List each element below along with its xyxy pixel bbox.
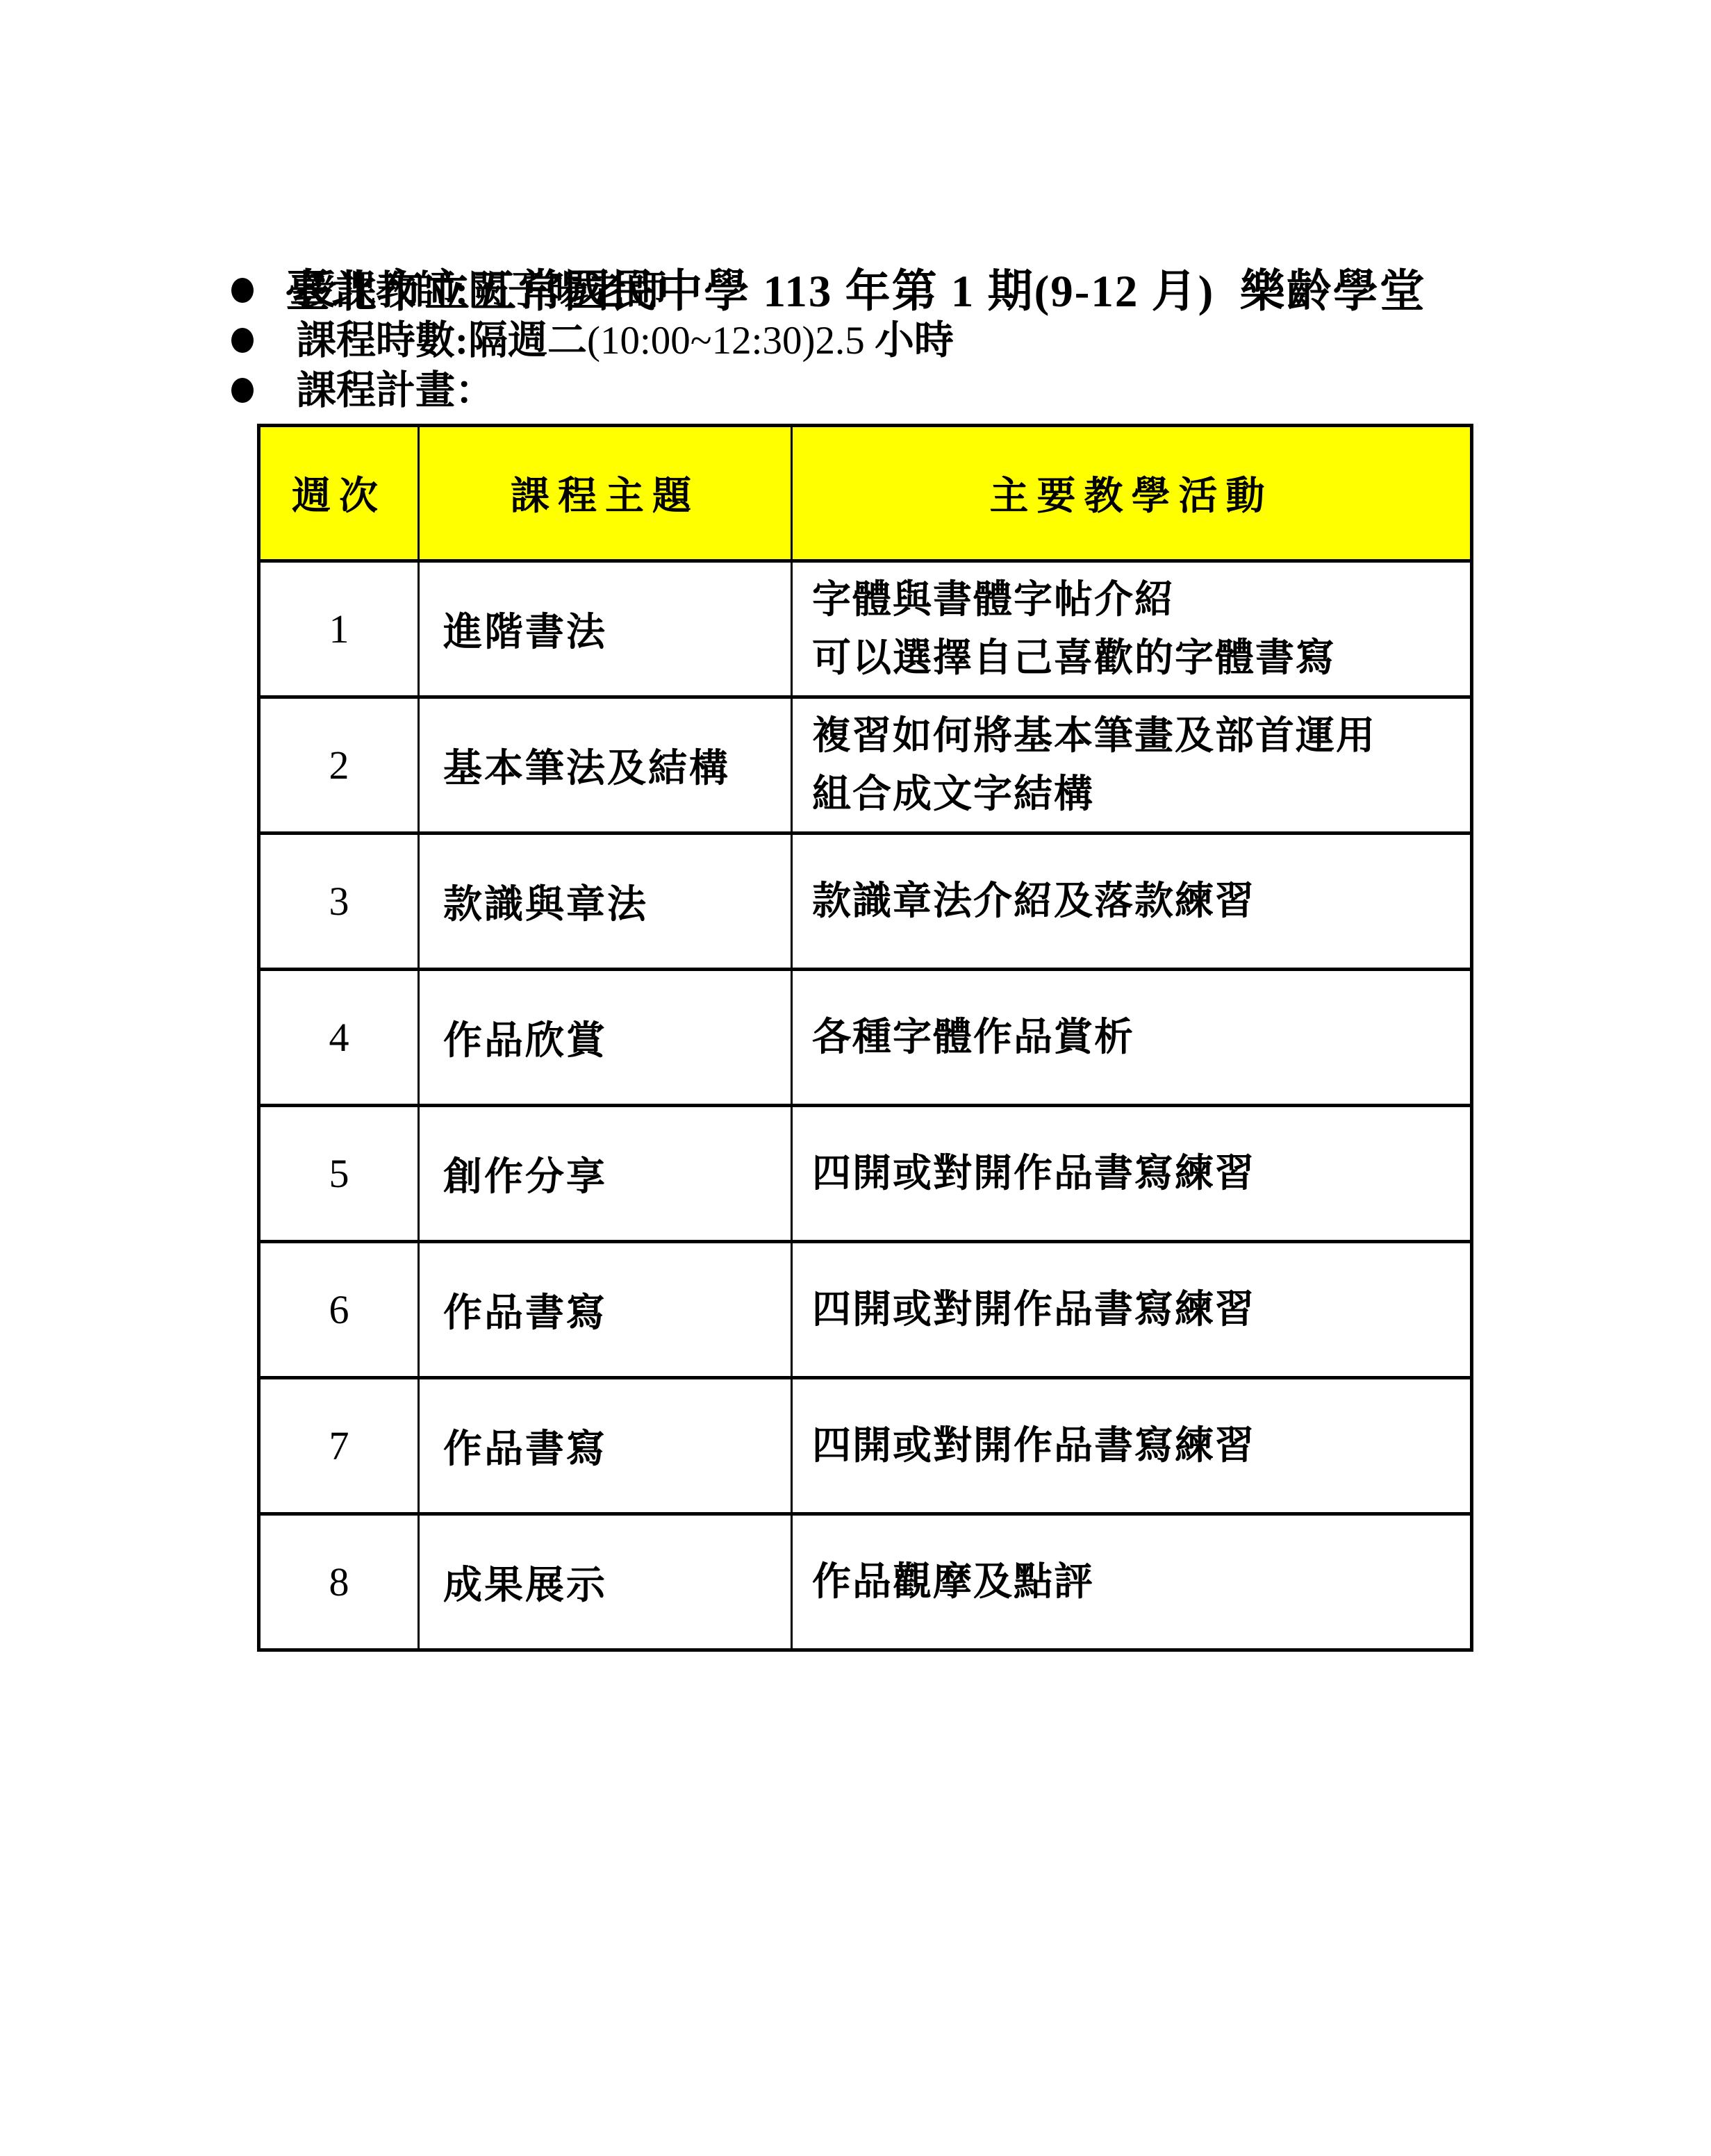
- topic-cell: 作品書寫: [419, 1378, 792, 1514]
- bullet-icon: [231, 278, 254, 303]
- topic-cell: 款識與章法: [419, 834, 792, 970]
- week-cell: 6: [259, 1242, 419, 1378]
- activity-cell-content: 字體與書體字帖介紹可以選擇自己喜歡的字體書寫: [812, 571, 1470, 688]
- bullet-icon: [231, 378, 254, 403]
- bullet-text-segment: 授課教師:闕子暘老師: [297, 269, 666, 313]
- bullet-text: 課程時數:隔週二(10:00~12:30)2.5 小時: [297, 321, 954, 360]
- week-cell: 7: [259, 1378, 419, 1514]
- topic-cell: 進階書法: [419, 561, 792, 697]
- activity-cell-content: 四開或對開作品書寫練習: [812, 1145, 1470, 1203]
- activity-cell: 四開或對開作品書寫練習: [792, 1106, 1472, 1242]
- table-body: 1 進階書法 字體與書體字帖介紹可以選擇自己喜歡的字體書寫 2 基本筆法及結構 …: [259, 561, 1472, 1650]
- activity-line: 四開或對開作品書寫練習: [812, 1417, 1470, 1475]
- activity-cell: 各種字體作品賞析: [792, 970, 1472, 1106]
- week-cell: 8: [259, 1514, 419, 1650]
- bullet-icon: [231, 328, 254, 353]
- activity-line: 四開或對開作品書寫練習: [812, 1145, 1470, 1203]
- table-row: 4 作品欣賞 各種字體作品賞析: [259, 970, 1472, 1106]
- course-plan-table: 週次 課程主題 主要教學活動 1 進階書法 字體與書體字帖介紹可以選擇自己喜歡的…: [257, 424, 1473, 1652]
- activity-cell-content: 作品觀摩及點評: [812, 1553, 1470, 1611]
- activity-cell: 四開或對開作品書寫練習: [792, 1242, 1472, 1378]
- table-row: 8 成果展示 作品觀摩及點評: [259, 1514, 1472, 1650]
- bullet-item: 課程時數:隔週二(10:00~12:30)2.5 小時: [231, 315, 954, 365]
- activity-cell: 字體與書體字帖介紹可以選擇自己喜歡的字體書寫: [792, 561, 1472, 697]
- week-cell: 2: [259, 697, 419, 834]
- week-cell: 3: [259, 834, 419, 970]
- activity-cell: 款識章法介紹及落款練習: [792, 834, 1472, 970]
- activity-line: 字體與書體字帖介紹: [812, 571, 1470, 629]
- bullet-text-segment: 課程時數:隔週二: [297, 319, 587, 363]
- activity-cell: 四開或對開作品書寫練習: [792, 1378, 1472, 1514]
- activity-cell-content: 複習如何將基本筆畫及部首運用組合成文字結構: [812, 707, 1470, 824]
- activity-line: 各種字體作品賞析: [812, 1009, 1470, 1067]
- activity-cell-content: 各種字體作品賞析: [812, 1009, 1470, 1067]
- activity-line: 組合成文字結構: [812, 765, 1470, 824]
- activity-cell: 作品觀摩及點評: [792, 1514, 1472, 1650]
- table-row: 1 進階書法 字體與書體字帖介紹可以選擇自己喜歡的字體書寫: [259, 561, 1472, 697]
- activity-cell-content: 四開或對開作品書寫練習: [812, 1281, 1470, 1339]
- document-page: 臺北市立五常國民中學 113 年第 1 期(9-12 月) 樂齡學堂 大家〝藝〞…: [0, 0, 1711, 2156]
- table-header-row: 週次 課程主題 主要教學活動: [259, 426, 1472, 561]
- activity-cell-content: 四開或對開作品書寫練習: [812, 1417, 1470, 1475]
- table-header-topic: 課程主題: [419, 426, 792, 561]
- bullet-text: 課程計畫：: [297, 371, 495, 411]
- bullet-text-segment: 小時: [865, 319, 954, 363]
- bullet-text: 授課教師:闕子暘老師: [297, 271, 666, 310]
- table-row: 2 基本筆法及結構 複習如何將基本筆畫及部首運用組合成文字結構: [259, 697, 1472, 834]
- activity-line: 四開或對開作品書寫練習: [812, 1281, 1470, 1339]
- activity-cell-content: 款識章法介紹及落款練習: [812, 872, 1470, 931]
- topic-cell: 作品書寫: [419, 1242, 792, 1378]
- bullet-item: 課程計畫：: [231, 365, 954, 415]
- topic-cell: 基本筆法及結構: [419, 697, 792, 834]
- topic-cell: 作品欣賞: [419, 970, 792, 1106]
- week-cell: 5: [259, 1106, 419, 1242]
- activity-cell: 複習如何將基本筆畫及部首運用組合成文字結構: [792, 697, 1472, 834]
- table-row: 3 款識與章法 款識章法介紹及落款練習: [259, 834, 1472, 970]
- week-cell: 1: [259, 561, 419, 697]
- table-header-activity: 主要教學活動: [792, 426, 1472, 561]
- bullet-item: 授課教師:闕子暘老師: [231, 265, 954, 315]
- bullet-text-segment: (10:00~12:30)2.5: [587, 319, 865, 363]
- bullet-text-segment: 課程計畫：: [297, 369, 495, 413]
- week-cell: 4: [259, 970, 419, 1106]
- bullet-list: 授課教師:闕子暘老師 課程時數:隔週二(10:00~12:30)2.5 小時 課…: [231, 265, 954, 415]
- topic-cell: 成果展示: [419, 1514, 792, 1650]
- activity-line: 複習如何將基本筆畫及部首運用: [812, 707, 1470, 765]
- table-header-week: 週次: [259, 426, 419, 561]
- table-row: 6 作品書寫 四開或對開作品書寫練習: [259, 1242, 1472, 1378]
- activity-line: 款識章法介紹及落款練習: [812, 872, 1470, 931]
- activity-line: 可以選擇自己喜歡的字體書寫: [812, 629, 1470, 688]
- topic-cell: 創作分享: [419, 1106, 792, 1242]
- table-row: 5 創作分享 四開或對開作品書寫練習: [259, 1106, 1472, 1242]
- table-row: 7 作品書寫 四開或對開作品書寫練習: [259, 1378, 1472, 1514]
- activity-line: 作品觀摩及點評: [812, 1553, 1470, 1611]
